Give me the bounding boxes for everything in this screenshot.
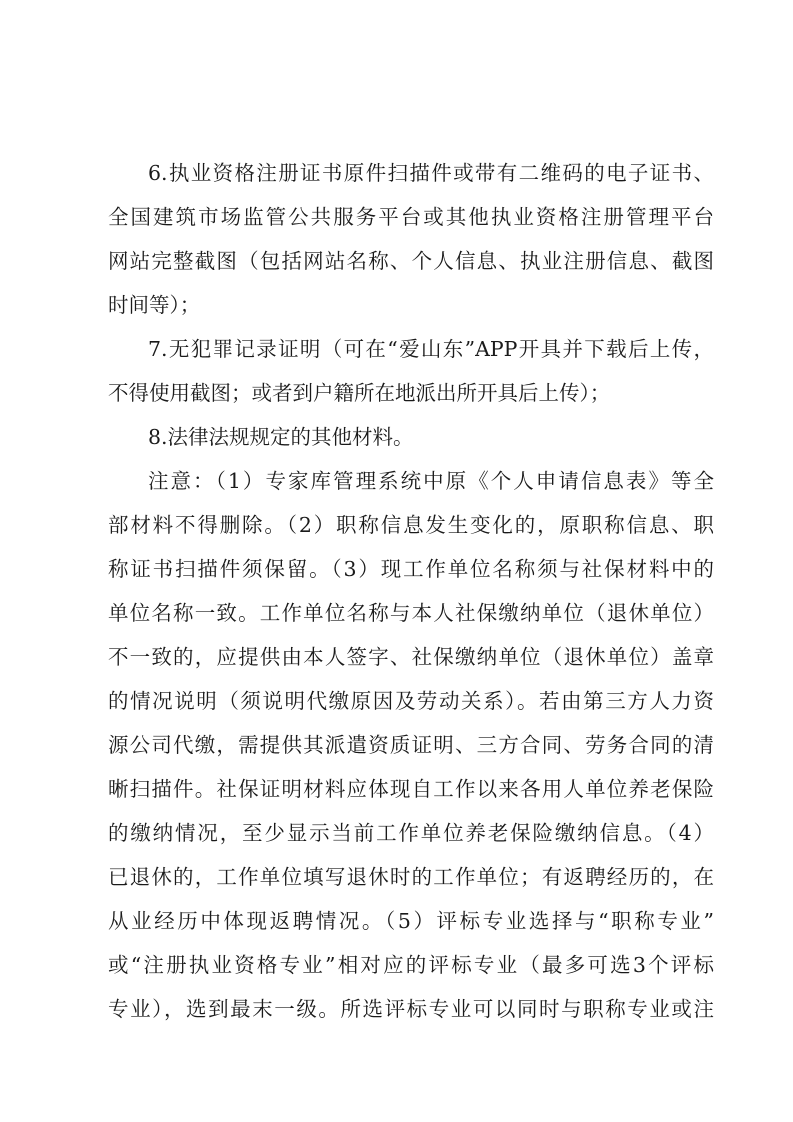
- note-line-13: 专业），选到最末一级。所选评标专业可以同时与职称专业或注: [108, 994, 714, 1024]
- paragraph-item-6-line-2: 全国建筑市场监管公共服务平台或其他执业资格注册管理平台: [108, 202, 714, 232]
- paragraph-item-7-line-1: 7.无犯罪记录证明（可在“爱山东”APP开具并下载后上传，: [148, 334, 714, 364]
- note-line-6: 的情况说明（须说明代缴原因及劳动关系）。若由第三方人力资: [108, 686, 714, 716]
- paragraph-item-7-line-2: 不得使用截图；或者到户籍所在地派出所开具后上传）；: [108, 378, 714, 408]
- document-page: 6.执业资格注册证书原件扫描件或带有二维码的电子证书、 全国建筑市场监管公共服务…: [0, 0, 793, 1122]
- note-line-3: 称证书扫描件须保留。（3）现工作单位名称须与社保材料中的: [108, 554, 714, 584]
- note-line-2: 部材料不得删除。（2）职称信息发生变化的，原职称信息、职: [108, 510, 714, 540]
- note-line-10: 已退休的，工作单位填写退休时的工作单位；有返聘经历的，在: [108, 862, 714, 892]
- note-line-5: 不一致的，应提供由本人签字、社保缴纳单位（退休单位）盖章: [108, 642, 714, 672]
- paragraph-item-8: 8.法律法规规定的其他材料。: [148, 422, 714, 452]
- note-line-11: 从业经历中体现返聘情况。（5）评标专业选择与“职称专业”: [108, 906, 714, 936]
- paragraph-item-6-line-4: 时间等）；: [108, 290, 714, 320]
- paragraph-item-6-line-1: 6.执业资格注册证书原件扫描件或带有二维码的电子证书、: [148, 158, 714, 188]
- note-line-4: 单位名称一致。工作单位名称与本人社保缴纳单位（退休单位）: [108, 598, 714, 628]
- note-line-9: 的缴纳情况，至少显示当前工作单位养老保险缴纳信息。（4）: [108, 818, 714, 848]
- note-line-1: 注意：（1）专家库管理系统中原《个人申请信息表》等全: [148, 466, 714, 496]
- paragraph-item-6-line-3: 网站完整截图（包括网站名称、个人信息、执业注册信息、截图: [108, 246, 714, 276]
- note-line-8: 晰扫描件。社保证明材料应体现自工作以来各用人单位养老保险: [108, 774, 714, 804]
- note-line-7: 源公司代缴，需提供其派遣资质证明、三方合同、劳务合同的清: [108, 730, 714, 760]
- note-line-12: 或“注册执业资格专业”相对应的评标专业（最多可选3个评标: [108, 950, 714, 980]
